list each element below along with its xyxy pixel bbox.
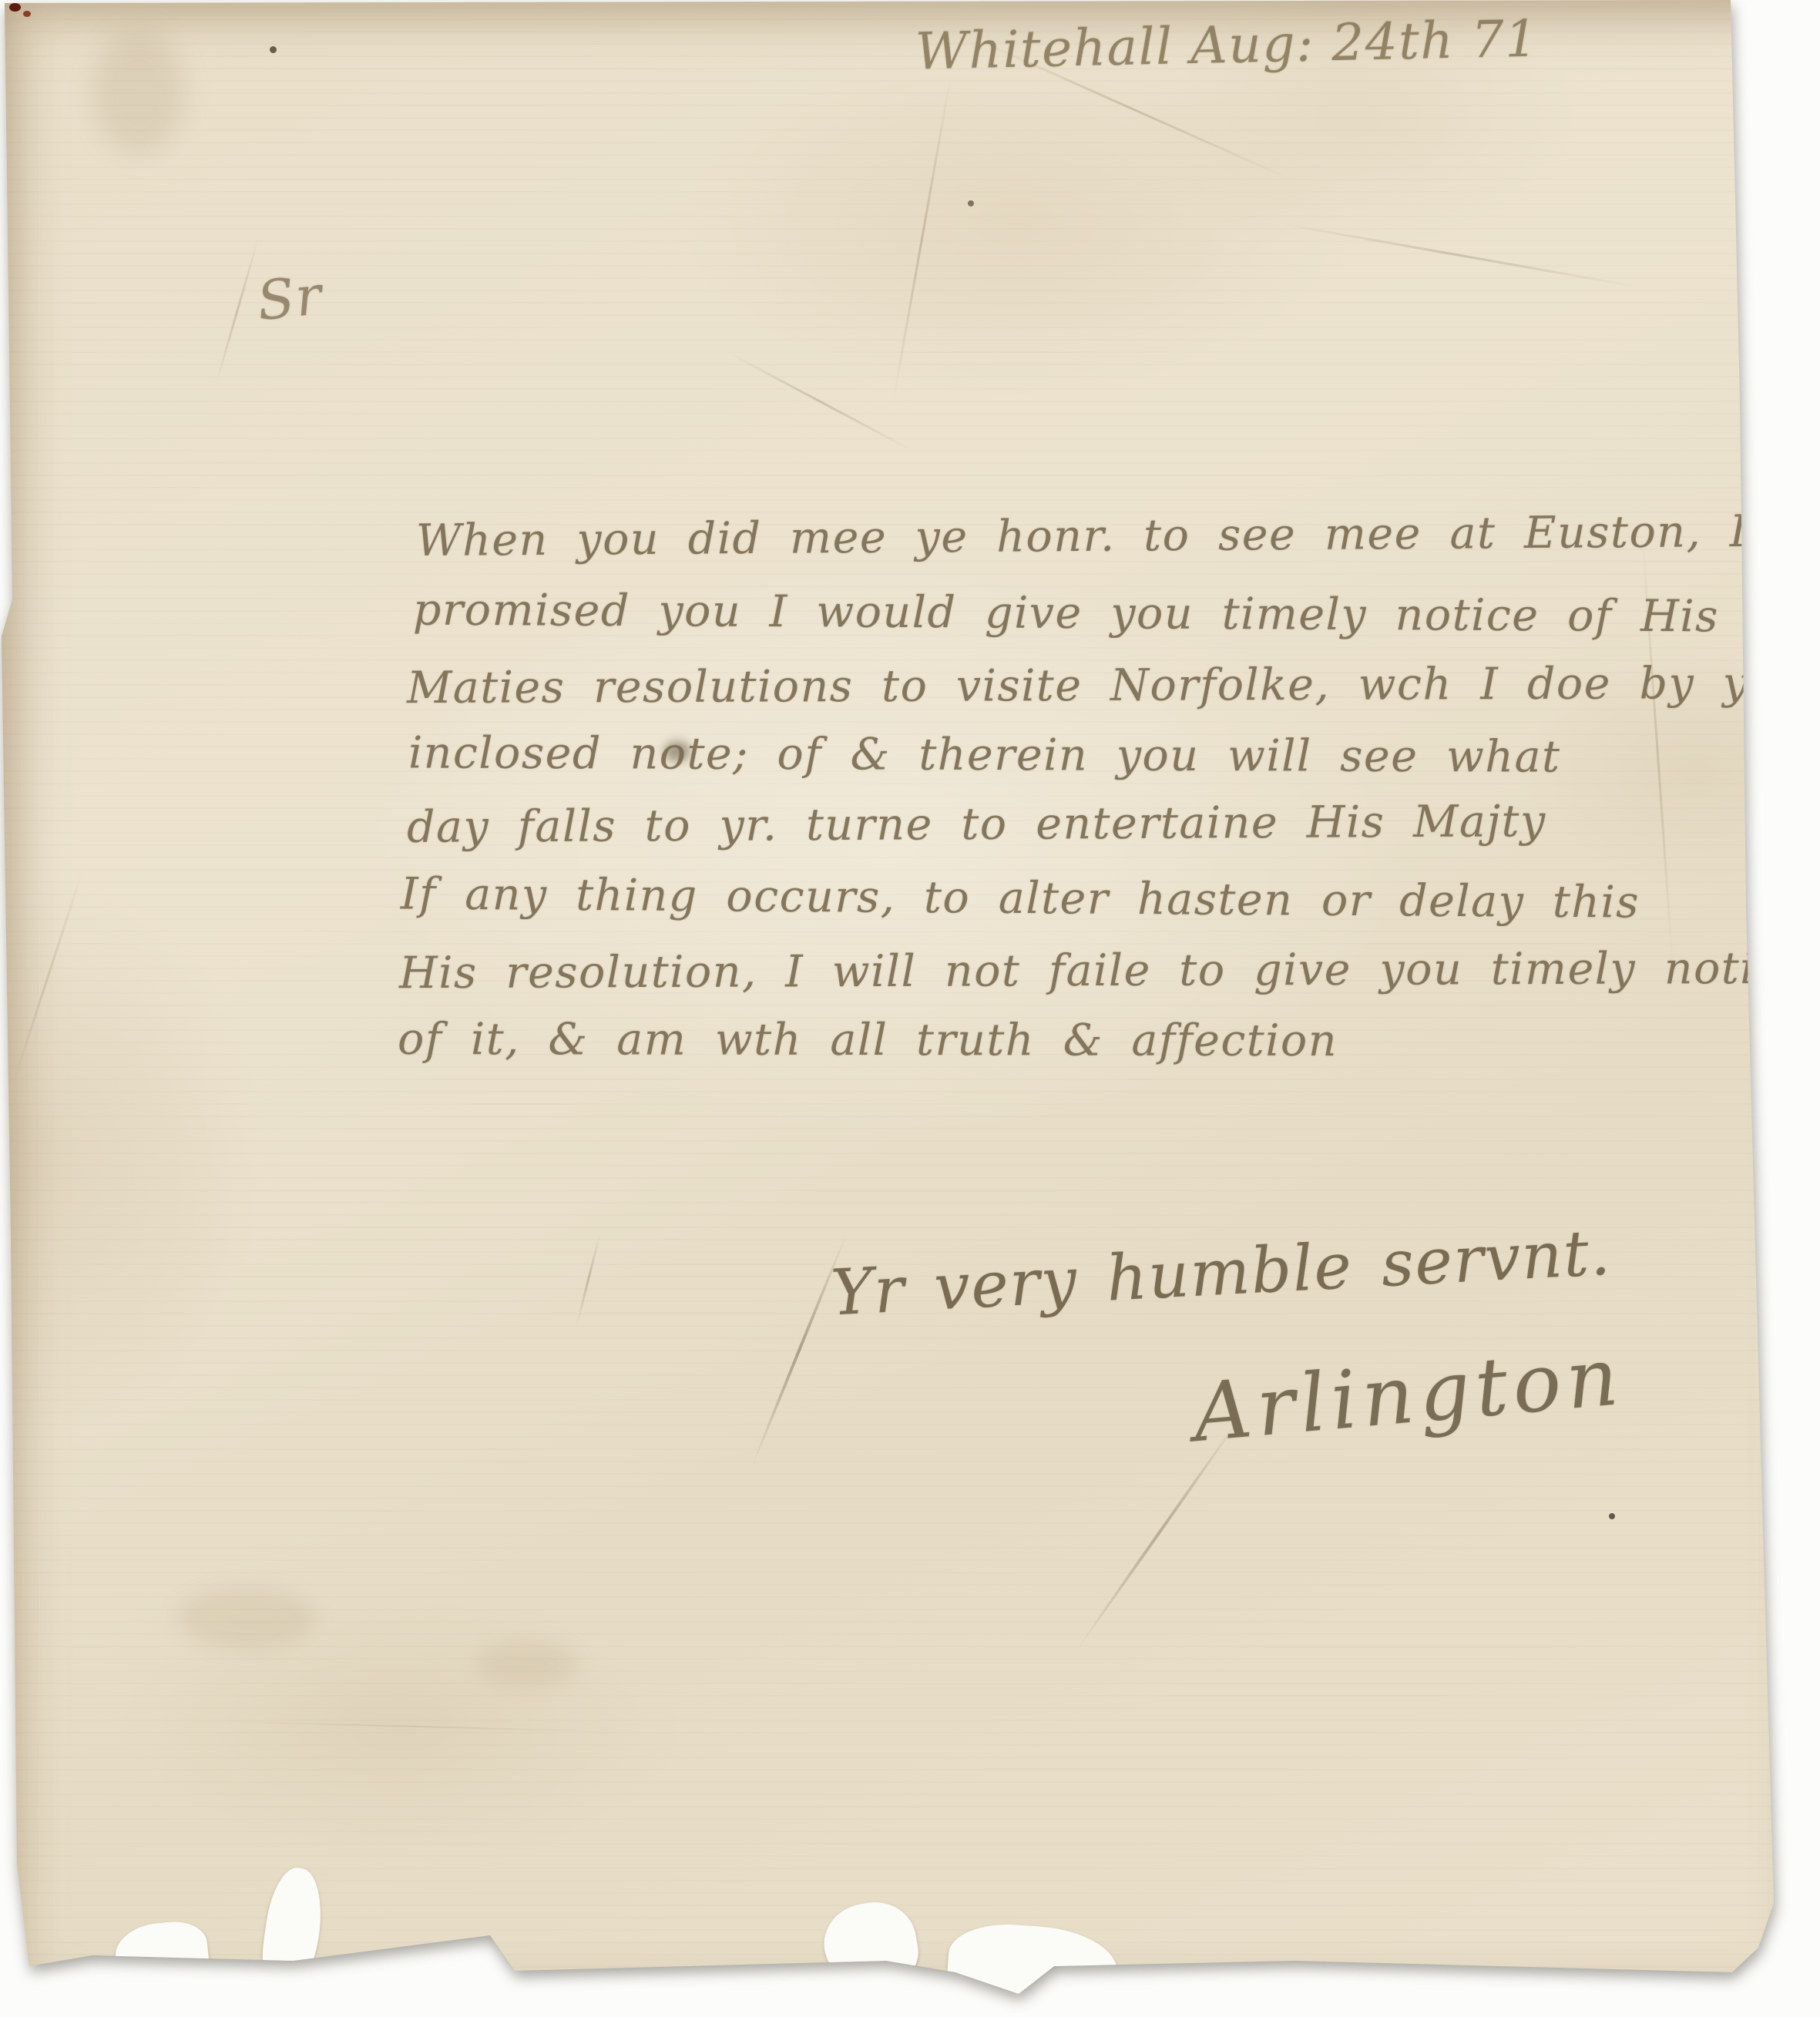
ink-speck [270,46,277,53]
pen-flourish [213,234,260,391]
ink-speck [23,11,31,17]
paper-tear [257,1864,328,2002]
salutation: Sr [255,268,325,328]
letter-line: of it, & am wth all truth & affection [398,1018,1338,1063]
letter-line: His resolution, I will not faile to give… [399,947,1808,995]
paper-crease [1281,223,1638,288]
letter-line: inclosed note; of & therein you will see… [408,731,1561,779]
paper-stain [92,31,185,154]
letter-sheet: Whitehall Aug: 24th 71 Sr When you did m… [0,0,1820,2017]
letter-line: day falls to yr. turne to entertaine His… [407,800,1546,850]
paper-stain [478,1641,578,1687]
paper-crease [728,352,913,451]
paper-crease [216,1720,616,1733]
paper-tear [818,1895,923,1995]
paper-tear [112,1918,211,1989]
pen-flourish [575,1231,601,1329]
ink-speck [9,3,21,12]
dateline: Whitehall Aug: 24th 71 [915,14,1539,78]
ink-speck [1609,1513,1615,1519]
signature: Arlington [1190,1336,1627,1453]
letter-line: Maties resolutions to visite Norfolke, w… [407,662,1776,710]
paper-crease [11,868,85,1089]
paper-stain [177,1587,316,1649]
letter-line: promised you I would give you timely not… [413,589,1719,639]
paper-tear [945,1920,1120,2016]
letter-page: Whitehall Aug: 24th 71 Sr When you did m… [0,0,1820,2017]
letter-line: When you did mee ye honr. to see mee at … [416,510,1748,563]
letter-line: If any thing occurs, to alter hasten or … [401,872,1640,925]
ink-speck [968,200,974,206]
closing: Yr very humble servnt. [830,1222,1613,1326]
scan-background: Whitehall Aug: 24th 71 Sr When you did m… [0,0,1820,2017]
paper-crease [892,76,952,402]
